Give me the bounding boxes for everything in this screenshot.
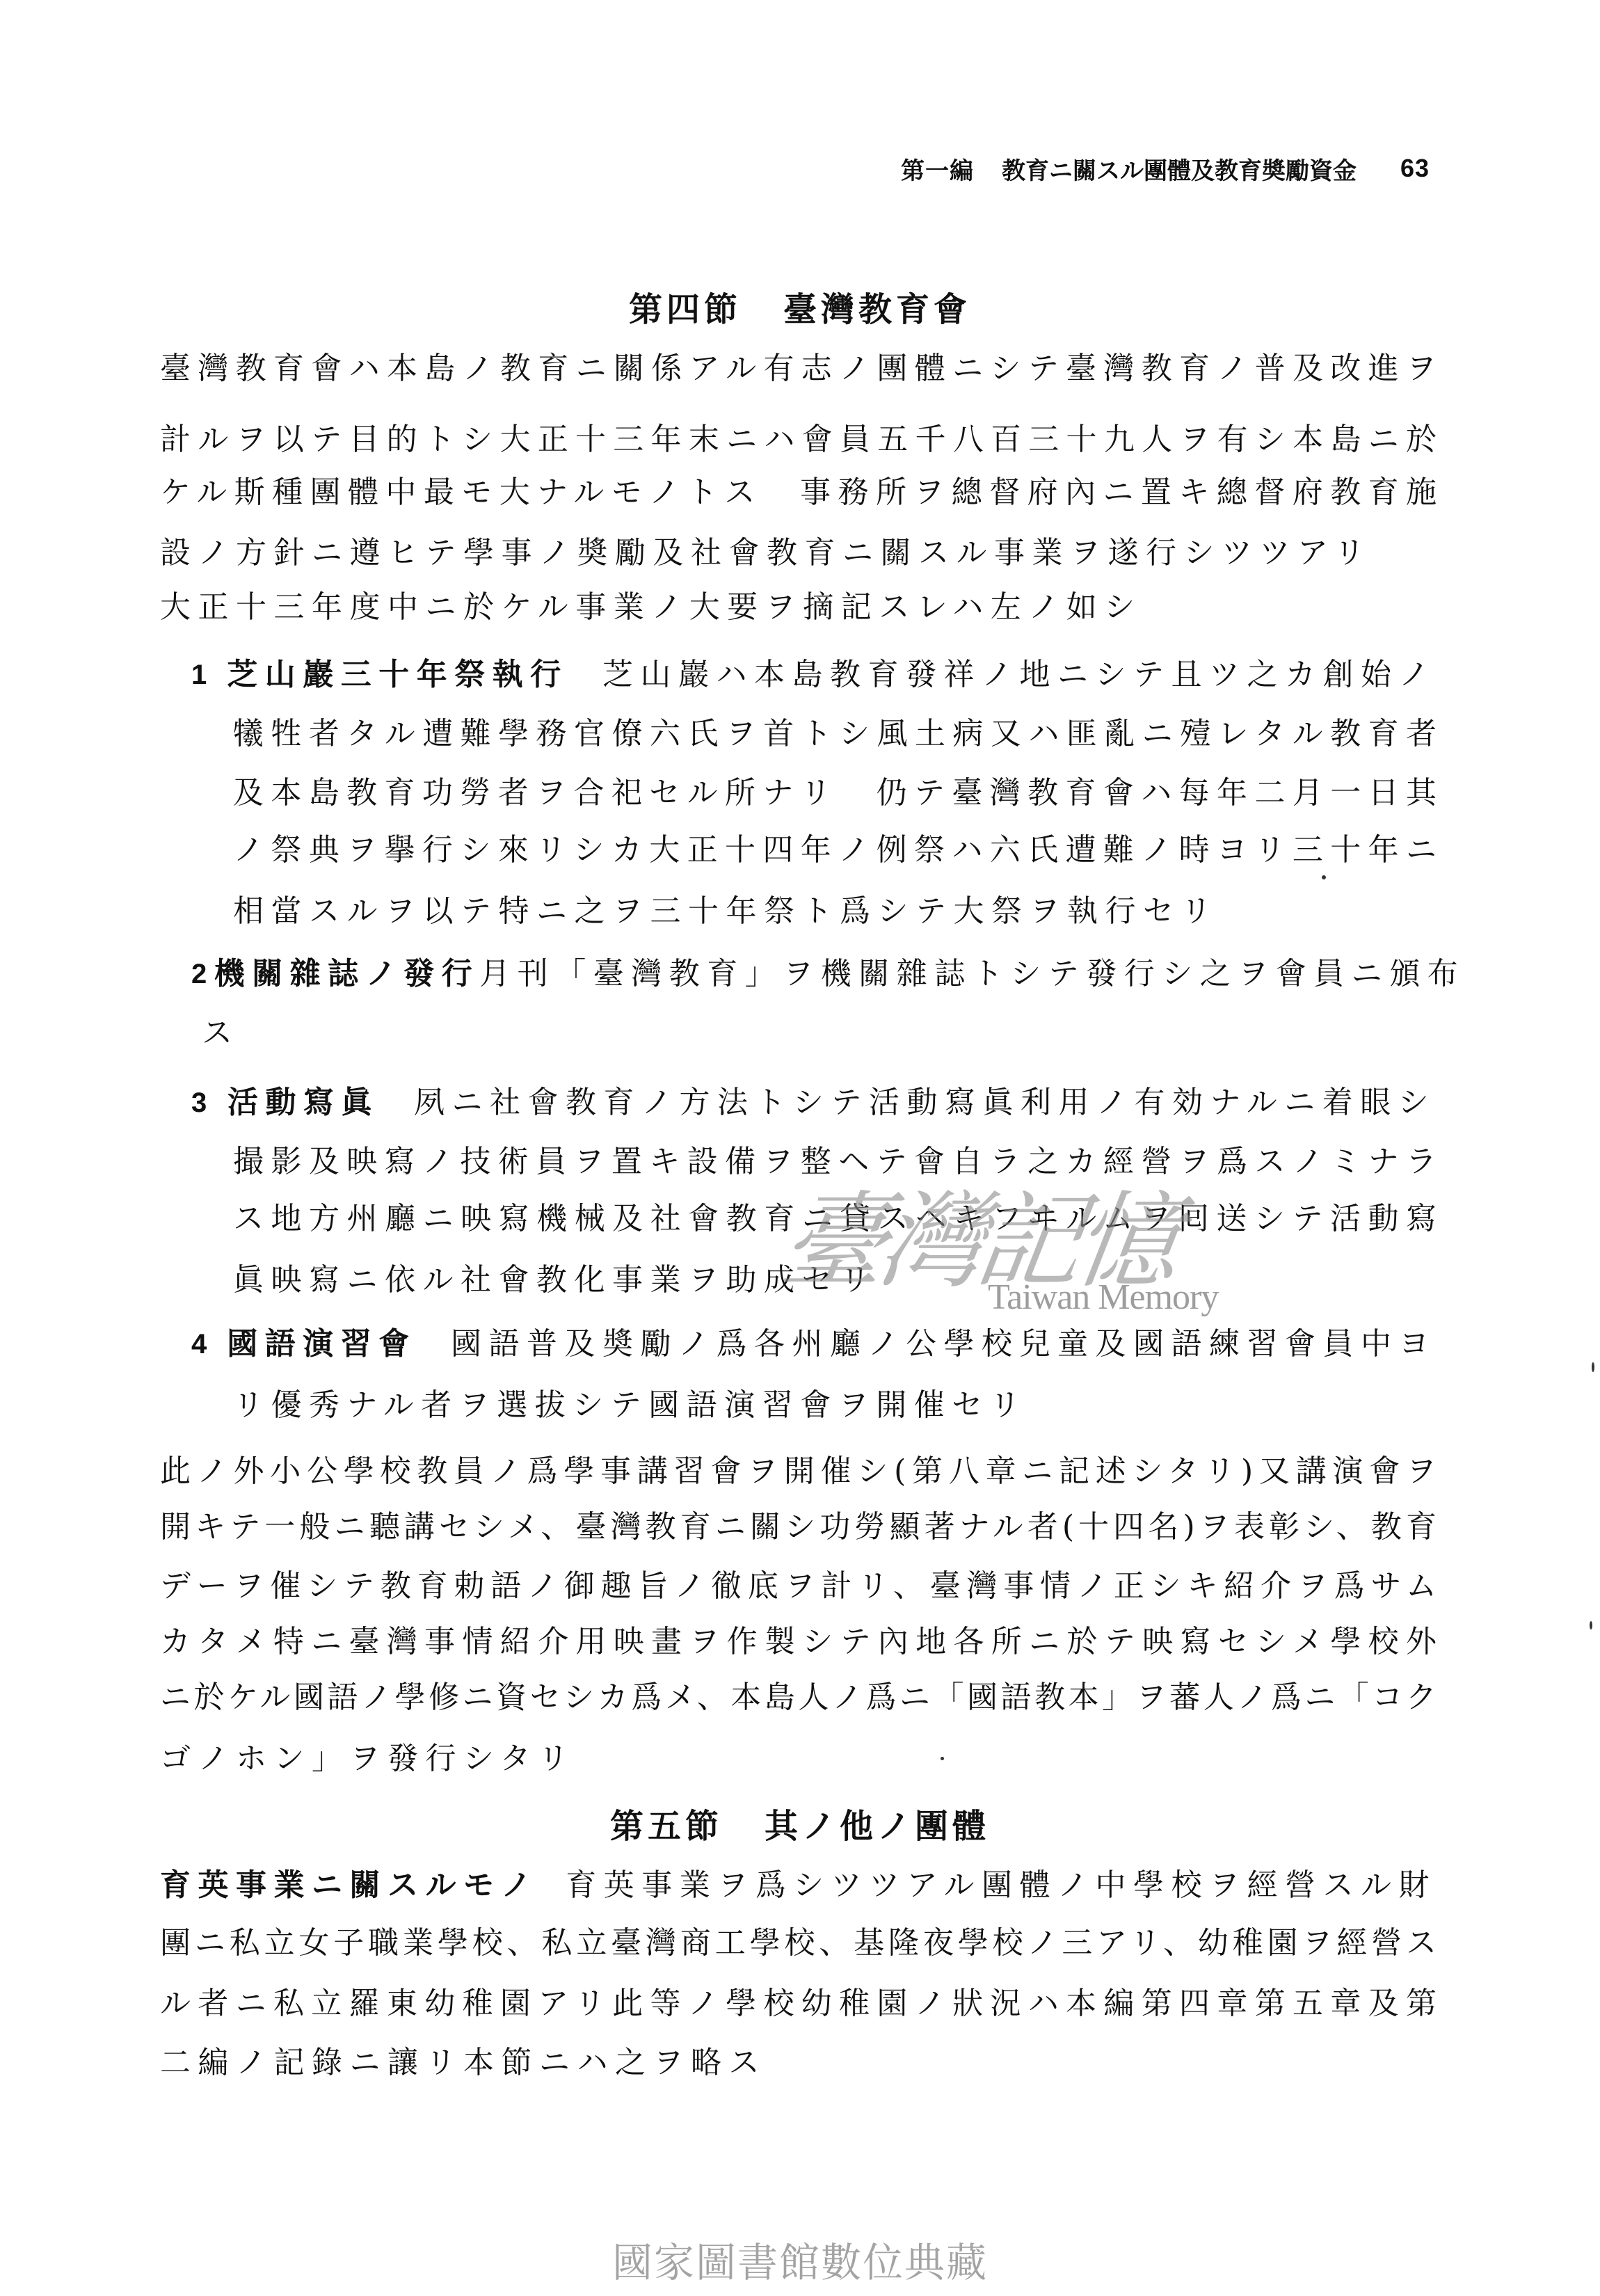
item-heading: 芝山巖三十年祭執行: [227, 654, 568, 696]
item-line: 眞映寫ニ依ル社會教化事業ヲ助成セリ: [233, 1259, 1437, 1301]
item-line: 撮影及映寫ノ技術員ヲ置キ設備ヲ整ヘテ會自ラ之カ經營ヲ爲スノミナラ: [233, 1141, 1437, 1183]
item-number: 4: [191, 1323, 227, 1365]
paragraph-line: 大正十三年度中ニ於ケル事業ノ大要ヲ摘記スレハ左ノ如シ: [160, 587, 1437, 628]
paragraph-line: ル者ニ私立羅東幼稚園アリ此等ノ學校幼稚園ノ狀況ハ本編第四章第五章及第: [160, 1983, 1437, 2025]
item-heading: 機關雜誌ノ發行: [214, 953, 480, 995]
item-text: 國語普及奬勵ノ爲各州廳ノ公學校兒童及國語練習會員中ヨ: [451, 1323, 1437, 1365]
item-number: 2: [191, 953, 214, 995]
item-line: 相當スルヲ以テ特ニ之ヲ三十年祭ト爲シテ大祭ヲ執行セリ: [233, 891, 1437, 932]
paragraph-line: 團ニ私立女子職業學校、私立臺灣商工學校、基隆夜學校ノ三アリ、幼稚園ヲ經營ス: [160, 1922, 1437, 1964]
item-text: 夙ニ社會教育ノ方法トシテ活動寫眞利用ノ有効ナルニ着眼シ: [414, 1082, 1436, 1124]
item-line: ス: [202, 1012, 1478, 1054]
paragraph-line: 設ノ方針ニ遵ヒテ學事ノ奬勵及社會教育ニ關スル事業ヲ遂行シツツアリ: [160, 532, 1437, 574]
paragraph-line: デーヲ催シテ教育勅語ノ御趣旨ノ徹底ヲ計リ、臺灣事情ノ正シキ紹介ヲ爲サム: [160, 1565, 1437, 1607]
paragraph-line: ケル斯種團體中最モ大ナルモノトス 事務所ヲ總督府內ニ置キ總督府教育施: [160, 472, 1437, 513]
item-heading: 國語演習會: [227, 1323, 417, 1365]
section-heading: 臺灣教育會: [783, 290, 971, 329]
paragraph-line: 開キテ一般ニ聽講セシメ、臺灣教育ニ關シ功勞顯著ナル者(十四名)ヲ表彰シ、教育: [160, 1506, 1437, 1548]
item-text: 月刊「臺灣教育」ヲ機關雜誌トシテ發行シ之ヲ會員ニ頒布: [479, 953, 1465, 995]
item-line: リ優秀ナル者ヲ選拔シテ國語演習會ヲ開催セリ: [233, 1385, 1437, 1426]
scanned-book-page: 第一編 教育ニ關スル團體及教育奬勵資金 63 第四節臺灣教育會 臺灣教育會ハ本島…: [0, 0, 1600, 2296]
list-item-3: 3 活動寫眞 夙ニ社會教育ノ方法トシテ活動寫眞利用ノ有効ナルニ着眼シ: [160, 1082, 1437, 1124]
item-line: 犧牲者タル遭難學務官僚六氏ヲ首トシ風土病又ハ匪亂ニ殪レタル教育者: [233, 713, 1437, 755]
scan-speck: [1592, 1362, 1594, 1372]
paragraph-line: 此ノ外小公學校教員ノ爲學事講習會ヲ開催シ(第八章ニ記述シタリ)又講演會ヲ: [160, 1451, 1437, 1492]
header-title: 教育ニ關スル團體及教育奬勵資金: [1002, 152, 1400, 186]
item-heading: 活動寫眞: [227, 1082, 379, 1124]
paragraph-line: 育英事業ニ關スルモノ 育英事業ヲ爲シツツアル團體ノ中學校ヲ經營スル財: [160, 1865, 1437, 1906]
paragraph-line: 臺灣教育會ハ本島ノ教育ニ關係アル有志ノ團體ニシテ臺灣教育ノ普及改進ヲ: [160, 348, 1437, 390]
section-number: 第五節: [610, 1807, 723, 1846]
running-header: 第一編 教育ニ關スル團體及教育奬勵資金 63: [901, 148, 1430, 189]
paragraph-line: ゴノホン」ヲ發行シタリ: [160, 1738, 1437, 1780]
item-line: ス地方州廳ニ映寫機械及社會教育ニ貸スヘキフヰルムヲ囘送シテ活動寫: [233, 1198, 1437, 1240]
paragraph-line: カタメ特ニ臺灣事情紹介用映畫ヲ作製シテ內地各所ニ於テ映寫セシメ學校外: [160, 1621, 1437, 1663]
library-footer-watermark: 國家圖書館數位典藏: [0, 2230, 1600, 2288]
paragraph-line: ニ於ケル國語ノ學修ニ資セシカ爲メ、本島人ノ爲ニ「國語教本」ヲ蕃人ノ爲ニ「コク: [160, 1677, 1437, 1719]
paragraph-line: 計ルヲ以テ目的トシ大正十三年末ニハ會員五千八百三十九人ヲ有シ本島ニ於: [160, 419, 1437, 461]
scan-speck: [1590, 1621, 1592, 1629]
item-text: 芝山巖ハ本島教育發祥ノ地ニシテ且ツ之カ創始ノ: [602, 654, 1437, 696]
header-part: 第一編: [901, 152, 974, 186]
section-title-5: 第五節其ノ他ノ團體: [0, 1802, 1600, 1851]
scan-speck: [941, 1757, 944, 1760]
paragraph-line: 二編ノ記錄ニ讓リ本節ニハ之ヲ略ス: [160, 2042, 1437, 2084]
page-number: 63: [1400, 154, 1430, 183]
item-number: 3: [191, 1082, 227, 1124]
section-heading: 其ノ他ノ團體: [765, 1807, 990, 1846]
section-title-4: 第四節臺灣教育會: [0, 285, 1600, 334]
list-item-4: 4 國語演習會 國語普及奬勵ノ爲各州廳ノ公學校兒童及國語練習會員中ヨ: [160, 1323, 1437, 1365]
section-number: 第四節: [629, 290, 742, 329]
lead-heading: 育英事業ニ關スルモノ: [160, 1865, 539, 1906]
item-line: ノ祭典ヲ擧行シ來リシカ大正十四年ノ例祭ハ六氏遭難ノ時ヨリ三十年ニ: [233, 829, 1437, 871]
item-line: 及本島教育功勞者ヲ合祀セル所ナリ 仍テ臺灣教育會ハ每年二月一日其: [233, 772, 1437, 814]
list-item-2: 2 機關雜誌ノ發行 月刊「臺灣教育」ヲ機關雜誌トシテ發行シ之ヲ會員ニ頒布: [160, 953, 1437, 995]
item-number: 1: [191, 654, 227, 696]
list-item-1: 1 芝山巖三十年祭執行 芝山巖ハ本島教育發祥ノ地ニシテ且ツ之カ創始ノ: [160, 654, 1437, 696]
scan-speck: [1322, 875, 1326, 879]
